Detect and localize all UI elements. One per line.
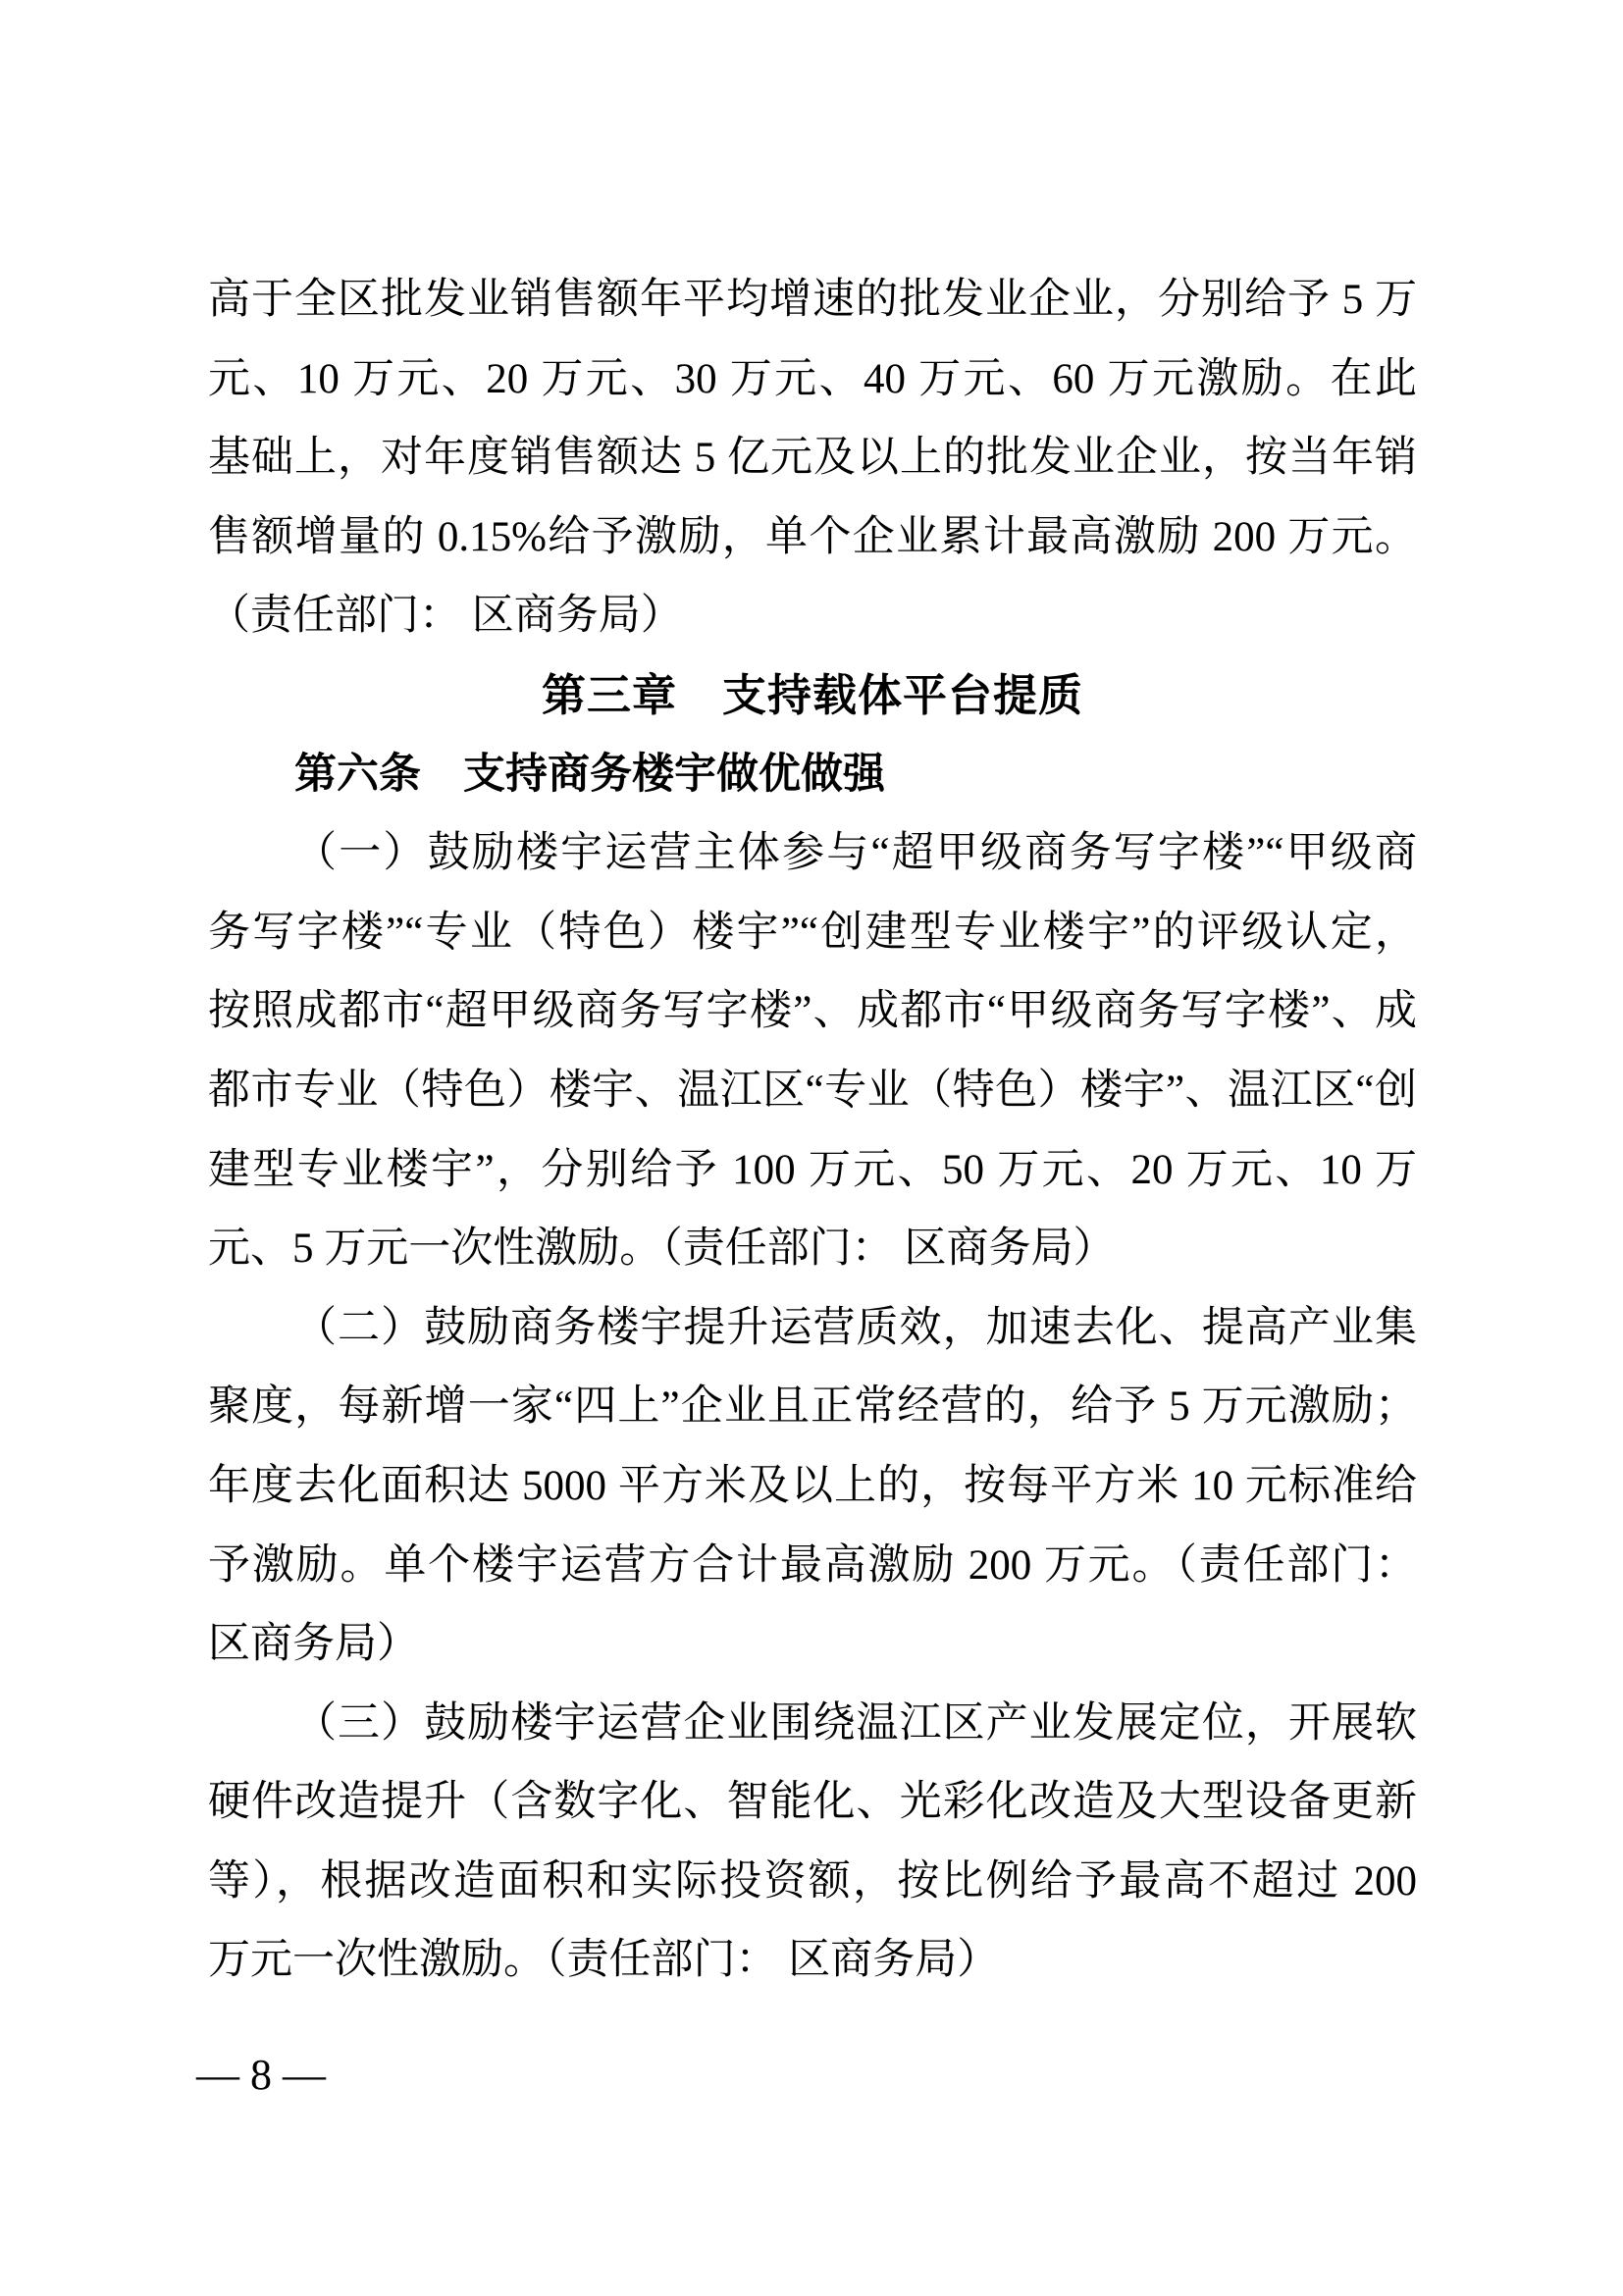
body-line: （一）鼓励楼宇运营主体参与“超甲级商务写字楼”“甲级商 <box>208 814 1417 894</box>
body-line: 务写字楼”“专业（特色）楼宇”“创建型专业楼宇”的评级认定， <box>208 894 1417 973</box>
body-line: 等），根据改造面积和实际投资额，按比例给予最高不超过 200 <box>208 1843 1417 1922</box>
body-line: 区商务局） <box>208 1605 1417 1685</box>
body-line: 售额增量的 0.15%给予激励，单个企业累计最高激励 200 万元。 <box>208 498 1417 578</box>
body-line: 高于全区批发业销售额年平均增速的批发业企业，分别给予 5 万 <box>208 261 1417 340</box>
body-line: 元、10 万元、20 万元、30 万元、40 万元、60 万元激励。在此 <box>208 340 1417 420</box>
body-line: （二）鼓励商务楼宇提升运营质效，加速去化、提高产业集 <box>208 1289 1417 1369</box>
body-line: 建型专业楼宇”，分别给予 100 万元、50 万元、20 万元、10 万 <box>208 1131 1417 1211</box>
body-line: 予激励。单个楼宇运营方合计最高激励 200 万元。（责任部门： <box>208 1527 1417 1606</box>
body-line: 年度去化面积达 5000 平方米及以上的，按每平方米 10 元标准给 <box>208 1447 1417 1527</box>
document-page: 高于全区批发业销售额年平均增速的批发业企业，分别给予 5 万 元、10 万元、2… <box>0 0 1623 2296</box>
responsibility-line: （责任部门： 区商务局） <box>208 577 1417 656</box>
body-line: 基础上，对年度销售额达 5 亿元及以上的批发业企业，按当年销 <box>208 419 1417 498</box>
body-line: 聚度，每新增一家“四上”企业且正常经营的，给予 5 万元激励； <box>208 1368 1417 1447</box>
chapter-heading: 第三章 支持载体平台提质 <box>208 656 1417 736</box>
article-heading: 第六条 支持商务楼宇做优做强 <box>208 736 1417 815</box>
document-body: 高于全区批发业销售额年平均增速的批发业企业，分别给予 5 万 元、10 万元、2… <box>208 261 1417 2001</box>
body-line: 万元一次性激励。（责任部门： 区商务局） <box>208 1921 1417 2001</box>
page-number: — 8 — <box>196 2054 326 2097</box>
body-line: 硬件改造提升（含数字化、智能化、光彩化改造及大型设备更新 <box>208 1763 1417 1843</box>
body-line: 都市专业（特色）楼宇、温江区“专业（特色）楼宇”、温江区“创 <box>208 1052 1417 1131</box>
body-line: （三）鼓励楼宇运营企业围绕温江区产业发展定位，开展软 <box>208 1685 1417 1764</box>
body-line: 元、5 万元一次性激励。（责任部门： 区商务局） <box>208 1210 1417 1289</box>
body-line: 按照成都市“超甲级商务写字楼”、成都市“甲级商务写字楼”、成 <box>208 972 1417 1052</box>
